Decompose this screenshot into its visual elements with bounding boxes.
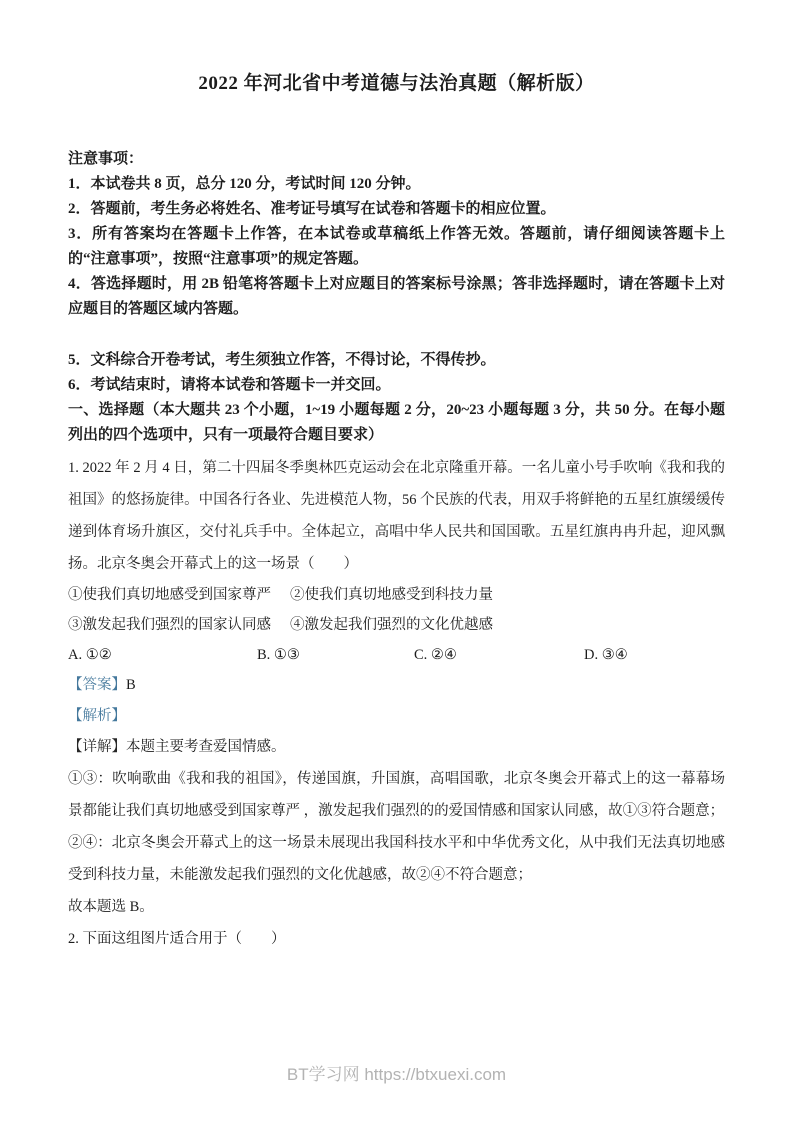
analysis-label: 【解析】 (68, 708, 126, 724)
notice-section: 注意事项： 1．本试卷共 8 页，总分 120 分，考试时间 120 分钟。 2… (68, 147, 725, 448)
choice-d: D. ③④ (584, 640, 725, 670)
section-heading-multiple-choice: 一、选择题（本大题共 23 个小题，1~19 小题每题 2 分，20~23 小题… (68, 398, 725, 448)
statement-row-2: ③激发起我们强烈的国家认同感 ④激发起我们强烈的文化优越感 (68, 610, 725, 640)
detail-intro: 本题主要考查爱国情感。 (126, 739, 286, 755)
detail-label: 【详解】 (68, 739, 126, 755)
statement-2: ②使我们真切地感受到科技力量 (290, 580, 493, 610)
detail-conclusion: 故本题选 B。 (68, 891, 725, 923)
answer-label: 【答案】 (68, 677, 126, 693)
question-1: 1. 2022 年 2 月 4 日，第二十四届冬季奥林匹克运动会在北京隆重开幕。… (68, 452, 725, 923)
page-title: 2022 年河北省中考道德与法治真题（解析版） (68, 70, 725, 98)
notice-item-5: 5．文科综合开卷考试，考生须独立作答，不得讨论，不得传抄。 (68, 348, 725, 373)
detail-paragraph-1: ①③：吹响歌曲《我和我的祖国》，传递国旗，升国旗，高唱国歌，北京冬奥会开幕式上的… (68, 763, 725, 827)
statement-1: ①使我们真切地感受到国家尊严 (68, 580, 290, 610)
statement-3: ③激发起我们强烈的国家认同感 (68, 610, 290, 640)
detail-paragraph-2: ②④：北京冬奥会开幕式上的这一场景未展现出我国科技水平和中华优秀文化，从中我们无… (68, 827, 725, 891)
choice-c: C. ②④ (414, 640, 584, 670)
footer-site-link[interactable]: BT学习网 https://btxuexi.com (0, 1060, 793, 1085)
question-2-stem: 2. 下面这组图片适合用于（ ） (68, 923, 725, 955)
document-content: 2022 年河北省中考道德与法治真题（解析版） 注意事项： 1．本试卷共 8 页… (0, 0, 793, 955)
question-1-choices: A. ①② B. ①③ C. ②④ D. ③④ (68, 640, 725, 670)
exam-document-page: 2022 年河北省中考道德与法治真题（解析版） 注意事项： 1．本试卷共 8 页… (0, 0, 793, 1122)
notice-item-2: 2．答题前，考生务必将姓名、准考证号填写在试卷和答题卡的相应位置。 (68, 197, 725, 222)
statement-row-1: ①使我们真切地感受到国家尊严 ②使我们真切地感受到科技力量 (68, 580, 725, 610)
choice-a: A. ①② (68, 640, 257, 670)
question-1-statements: ①使我们真切地感受到国家尊严 ②使我们真切地感受到科技力量 ③激发起我们强烈的国… (68, 580, 725, 640)
statement-4: ④激发起我们强烈的文化优越感 (290, 610, 493, 640)
answer-value: B (126, 677, 136, 693)
notice-item-6: 6．考试结束时，请将本试卷和答题卡一并交回。 (68, 373, 725, 398)
answer-line: 【答案】B (68, 670, 725, 701)
detail-line: 【详解】本题主要考查爱国情感。 (68, 732, 725, 763)
analysis-line: 【解析】 (68, 701, 725, 732)
choice-b: B. ①③ (257, 640, 414, 670)
notice-item-4: 4．答选择题时，用 2B 铅笔将答题卡上对应题目的答案标号涂黑；答非选择题时，请… (68, 272, 725, 322)
notice-item-1: 1．本试卷共 8 页，总分 120 分，考试时间 120 分钟。 (68, 172, 725, 197)
notice-heading: 注意事项： (68, 147, 725, 172)
notice-item-3: 3．所有答案均在答题卡上作答，在本试卷或草稿纸上作答无效。答题前，请仔细阅读答题… (68, 222, 725, 272)
question-1-stem: 1. 2022 年 2 月 4 日，第二十四届冬季奥林匹克运动会在北京隆重开幕。… (68, 452, 725, 580)
